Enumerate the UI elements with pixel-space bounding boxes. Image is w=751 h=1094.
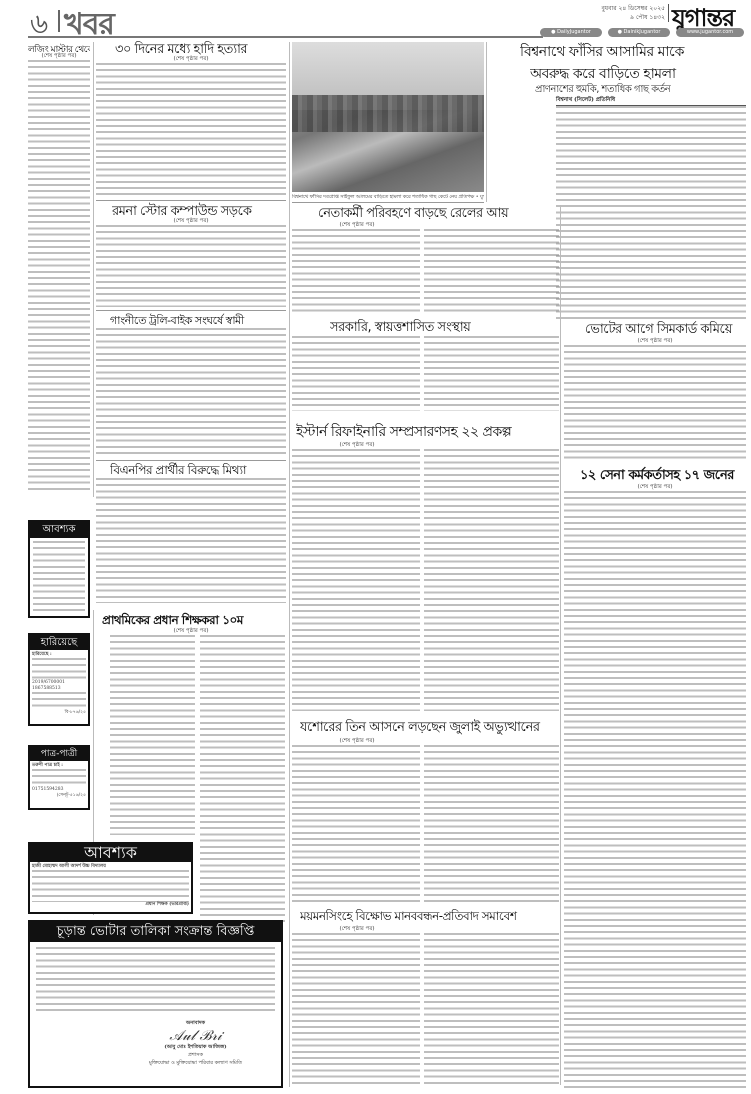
column-rule (486, 42, 487, 202)
matrimonial-lead: তরুণী পাত্র চাই : (32, 763, 63, 768)
classified-lost-title: হারিয়েছে (30, 635, 88, 650)
classified-lost-lead: হারিয়েছে : (32, 652, 52, 657)
article-body-army-officers (564, 491, 746, 1088)
article-body-train-collision (96, 328, 286, 456)
column-rule (93, 42, 94, 497)
section-divider (96, 460, 286, 461)
article-body-jessore-col2 (424, 745, 559, 903)
matrimonial-ref: (সেন্ট্-৫১৬/২৫ (32, 793, 86, 799)
article-body-rail-income-col2 (424, 229, 559, 315)
notice-signatory: (আবু মোঃ ইশতিয়াক আজিজ) (110, 1044, 281, 1052)
section-divider (292, 202, 484, 203)
article-body-rail-income-col1 (292, 229, 420, 315)
classified-lost-text (32, 658, 86, 680)
headline-eastern-refinery: ইস্টার্ন রিফাইনারি সম্প্রসারণসহ ২২ প্রকল… (296, 420, 556, 444)
article-body-eastern-refinery-col2 (424, 449, 559, 711)
classified-lost-text-2 (32, 692, 86, 710)
headline-jessore: যশোরের তিন আসনে লড়ছেন জুলাই অভ্যুত্থানে… (300, 718, 562, 739)
article-body-autonomous-col1 (292, 336, 420, 411)
article-body-autonomous-col2 (424, 336, 559, 411)
date-bangla: ৯ পৌষ ১৪৩২ (545, 13, 665, 22)
classified-wanted-2-title: আবশ্যক (30, 844, 191, 862)
matrimonial-text (32, 769, 86, 787)
article-body-simcard (564, 345, 746, 463)
article-body-headmaster-col2 (200, 635, 285, 925)
facebook-handle-pill[interactable]: ● DainikJugantor (608, 28, 670, 37)
classified-wanted-box: আবশ্যক (28, 520, 90, 618)
lost-ref: বি-৮৭৬/২৫ (32, 710, 86, 716)
date-block: বুধবার ২৪ ডিসেম্বর ২০২৫ ৯ পৌষ ১৪৩২ (545, 4, 665, 22)
column-rule (289, 42, 290, 1087)
date-gregorian: বুধবার ২৪ ডিসেম্বর ২০২৫ (545, 4, 665, 13)
photo-caption: বিশ্বনাথে ফাঁসির দণ্ডপ্রাপ্ত সাইফুল আলমে… (292, 194, 484, 202)
classified-matrimonial-title: পাত্র-পাত্রী (30, 747, 88, 761)
notice-salutation: অনাবাদক (110, 1020, 281, 1028)
byline-bishwanath: বিশ্বনাথ (সিলেট) প্রতিনিধি (556, 97, 746, 106)
article-body-mymensingh-col2 (424, 933, 559, 1088)
classified-wanted-title: আবশ্যক (30, 522, 88, 538)
column-rule (560, 205, 561, 1085)
article-body-headmaster-col1 (110, 635, 195, 835)
classified-matrimonial-box: পাত্র-পাত্রী তরুণী পাত্র চাই : 017515942… (28, 745, 90, 810)
classified-wanted-text (33, 541, 85, 613)
news-photo (292, 42, 484, 192)
article-body-bishwanath (556, 106, 746, 319)
wanted-2-lead: হাজী মোহাম্মদ আলী আদর্শ উচ্চ বিদ্যালয় (32, 864, 106, 869)
article-body-lodging-master (28, 60, 90, 490)
article-body-eastern-refinery-col1 (292, 449, 420, 711)
notice-role: প্রশাসক (110, 1052, 281, 1060)
headline-mymensingh: ময়মনসিংহে বিক্ষোভ মানববন্ধন-প্রতিবাদ সম… (300, 908, 562, 928)
logo-divider (668, 4, 669, 22)
wanted-2-signature: প্রধান শিক্ষক (ভারপ্রাপ্ত) (32, 902, 189, 908)
section-divider (96, 310, 286, 311)
notice-body (36, 947, 275, 1015)
article-body-ramna-store (96, 225, 286, 307)
website-pill[interactable]: www.jugantor.com (676, 28, 744, 37)
article-body-bnp-candidate (96, 478, 286, 603)
notice-footer: মুক্তিযোদ্ধা ও মুক্তিযোদ্ধা পরিবার কল্যা… (110, 1060, 281, 1068)
wanted-2-text (32, 870, 189, 902)
notice-title: চূড়ান্ত ভোটার তালিকা সংক্রান্ত বিজ্ঞপ্ত… (30, 922, 281, 942)
signature-image: 𝒜𝓊𝓁 ℬ𝓇𝒾 (110, 1028, 281, 1044)
headline-bishwanath-1: বিশ্বনাথে ফাঁসির আসামির মাকে (520, 40, 750, 64)
article-body-jessore-col1 (292, 745, 420, 903)
classified-lost-box: হারিয়েছে হারিয়েছে : 2019/6700001 18675… (28, 633, 90, 726)
article-body-mymensingh-col1 (292, 933, 420, 1088)
classified-wanted-2-box: আবশ্যক হাজী মোহাম্মদ আলী আদর্শ উচ্চ বিদ্… (28, 842, 193, 914)
twitter-handle-pill[interactable]: ● DailyJugantor (540, 28, 602, 37)
masthead-divider (58, 10, 60, 32)
notice-box: চূড়ান্ত ভোটার তালিকা সংক্রান্ত বিজ্ঞপ্ত… (28, 920, 283, 1088)
masthead-rule (28, 36, 543, 38)
article-body-hadi-murder (96, 63, 286, 196)
section-divider (96, 200, 286, 201)
